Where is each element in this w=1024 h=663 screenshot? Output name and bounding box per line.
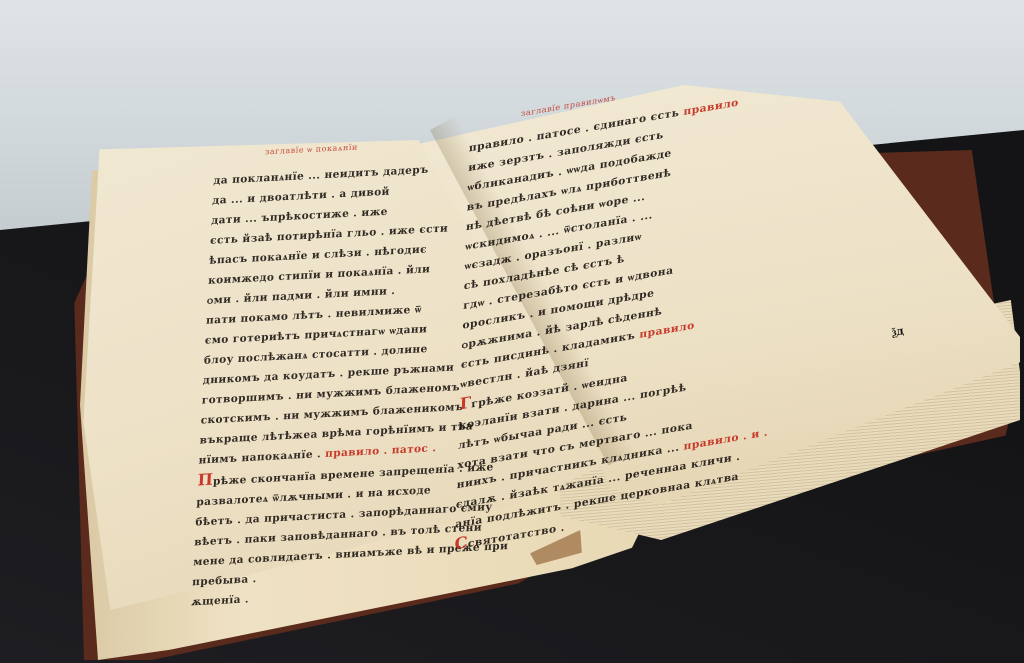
red-initial-letter: С (454, 532, 468, 553)
line-text: ѫщенїа . (191, 593, 250, 608)
folio-number: ѯд (891, 324, 904, 339)
right-text-lines: правило . патосе . єдинаго єсть правилои… (454, 76, 837, 556)
red-initial-letter: П (197, 470, 214, 490)
line-text: пребыва . (192, 573, 257, 588)
line-text: нїимъ напокаѧнїе . (198, 448, 325, 467)
red-rubric: правило . патос . (325, 442, 437, 460)
right-page-text: заглавїе правилѡмъ правило . патосе . єд… (454, 55, 838, 556)
